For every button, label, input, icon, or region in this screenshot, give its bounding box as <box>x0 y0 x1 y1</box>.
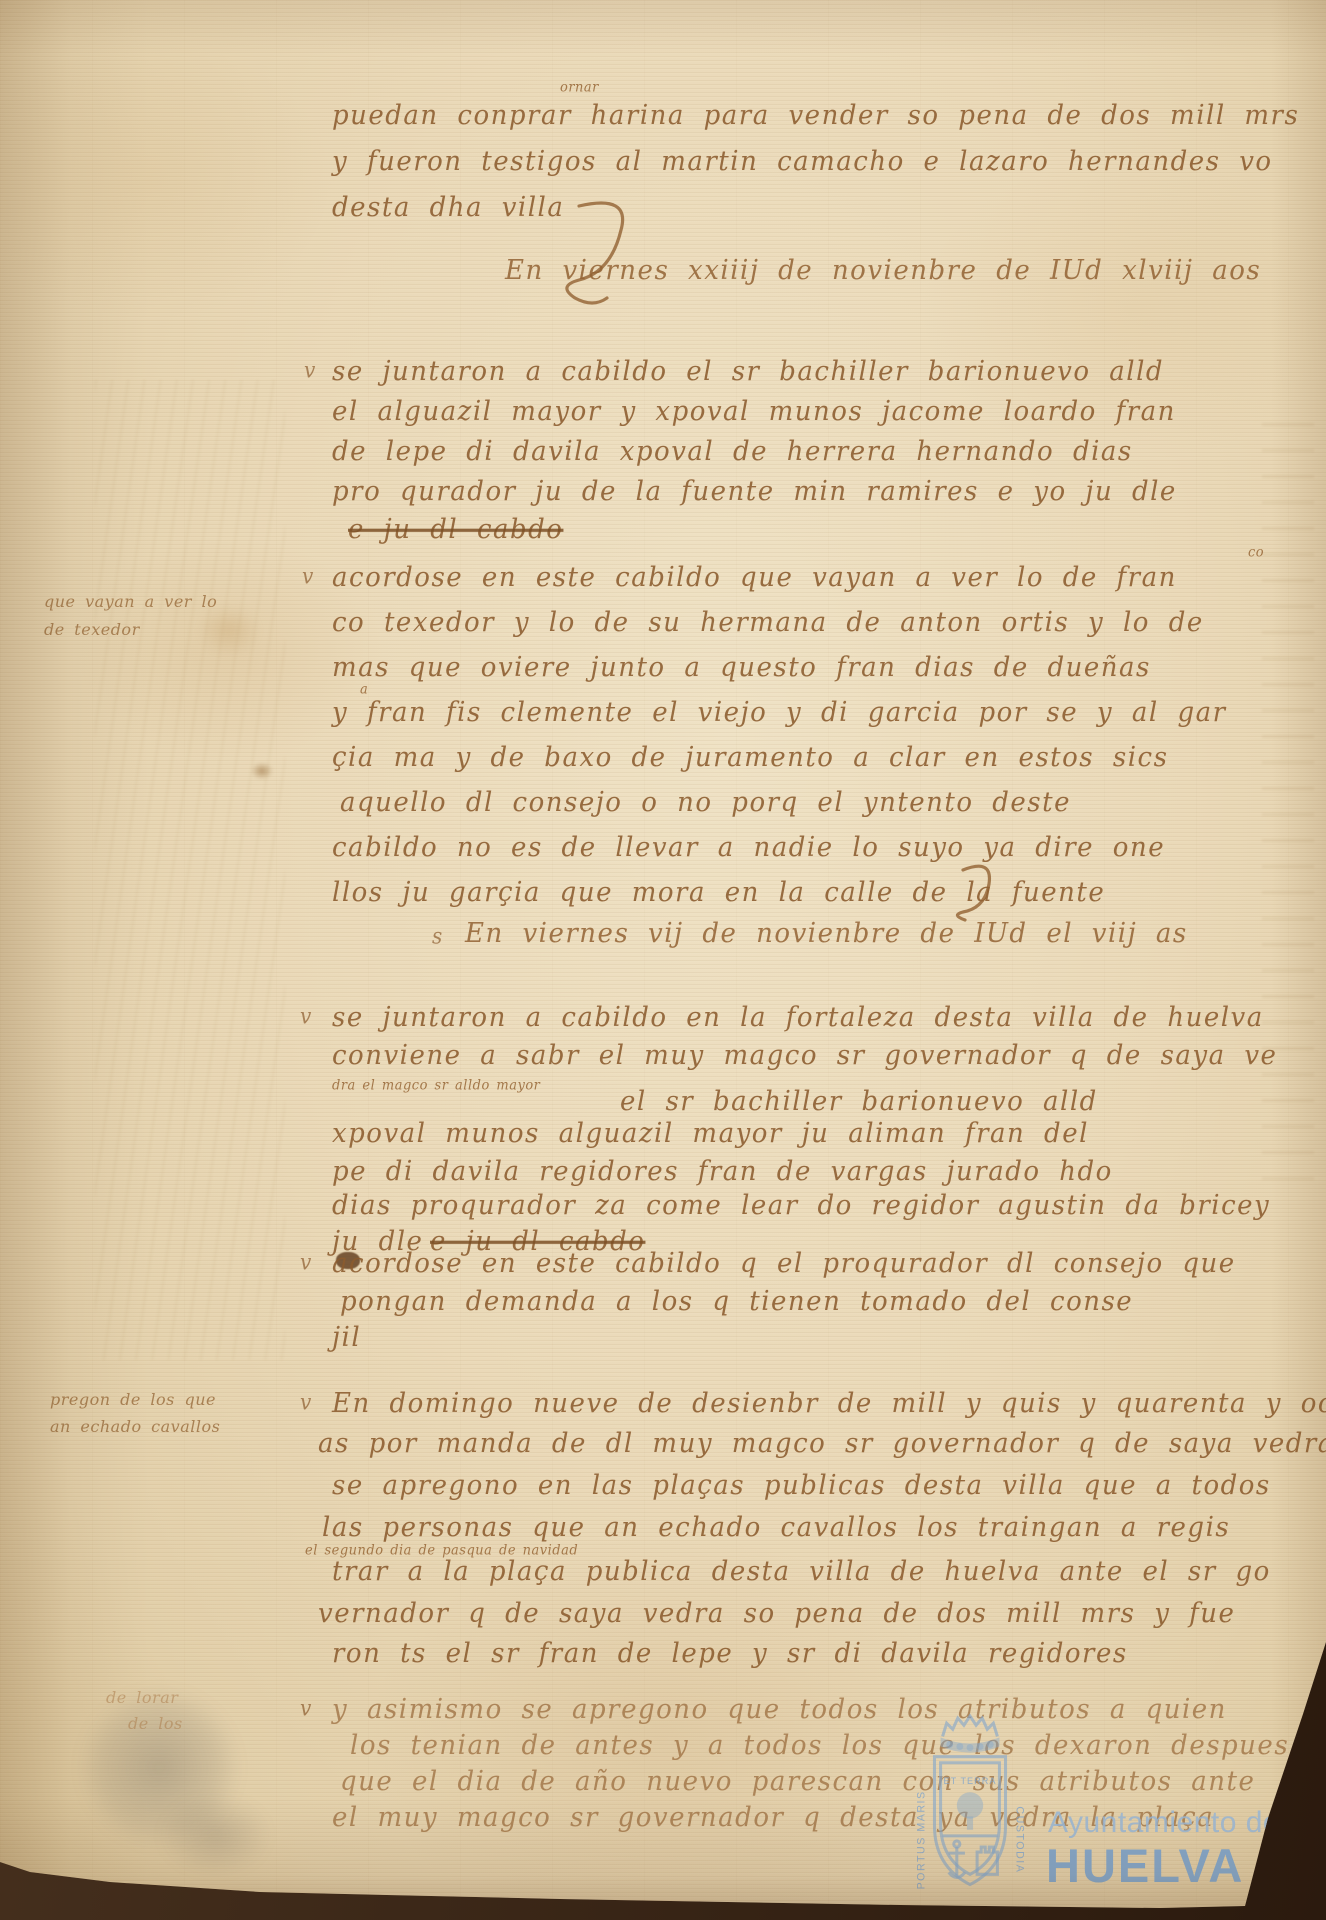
margin-note-line: an echado cavallos <box>50 1417 220 1436</box>
paragraph-mark: v <box>300 1003 311 1029</box>
manuscript-line: ron ts el sr fran de lepe y sr di davila… <box>332 1638 1128 1670</box>
manuscript-line: cabildo no es de llevar a nadie lo suyo … <box>332 832 1165 864</box>
manuscript-line: pe di davila regidores fran de vargas ju… <box>332 1156 1113 1188</box>
superscript: co <box>1248 545 1264 561</box>
manuscript-line: co texedor y lo de su hermana de anton o… <box>332 607 1204 639</box>
manuscript-line: pongan demanda a los q tienen tomado del… <box>340 1286 1133 1318</box>
manuscript-line: se juntaron a cabildo el sr bachiller ba… <box>332 356 1164 388</box>
manuscript-line: vernador q de saya vedra so pena de dos … <box>318 1598 1235 1630</box>
huelva-coat-of-arms-icon: ET TERRA PORTUS MARIS CUSTODIA <box>904 1710 1036 1915</box>
paragraph-mark: v <box>300 1249 311 1275</box>
watermark: ET TERRA PORTUS MARIS CUSTODIA Ayuntamie… <box>898 1700 1326 1920</box>
manuscript-line: acordose en este cabildo q el proqurador… <box>332 1248 1236 1280</box>
manuscript-line: pro qurador ju de la fuente min ramires … <box>332 476 1177 508</box>
struck-text: e ju dl cabdo <box>348 514 563 546</box>
paragraph-mark: v <box>304 357 315 383</box>
session-heading: En viernes vij de novienbre de IUd el vi… <box>465 918 1188 950</box>
manuscript-line: puedan conprar harina para vender so pen… <box>332 100 1299 132</box>
manuscript-line: mas que oviere junto a questo fran dias … <box>332 652 1151 684</box>
manuscript-line: jil <box>332 1322 361 1354</box>
paragraph-mark: v <box>302 563 313 589</box>
manuscript-line: trar a la plaça publica desta villa de h… <box>332 1556 1271 1588</box>
ink-layer: ornar puedan conprar harina para vender … <box>0 0 1326 1920</box>
manuscript-line: y fueron testigos al martin camacho e la… <box>332 146 1273 178</box>
manuscript-line: y fran fis clemente el viejo y di garcia… <box>332 697 1227 729</box>
margin-note-line: que vayan a ver lo <box>44 592 217 611</box>
manuscript-line: se apregono en las plaças publicas desta… <box>332 1470 1271 1502</box>
margin-note-line: de lorar <box>106 1688 178 1707</box>
manuscript-line: En domingo nueve de desienbr de mill y q… <box>332 1388 1326 1420</box>
manuscript-line: conviene a sabr el muy magco sr governad… <box>332 1040 1277 1072</box>
rubric-flourish-icon <box>945 862 1040 922</box>
watermark-city-name: HUELVA <box>1046 1838 1244 1893</box>
manuscript-line: çia ma y de baxo de juramento a clar en … <box>332 742 1168 774</box>
motto-top: ET TERRA <box>944 1776 997 1786</box>
session-heading: En viernes xxiiij de novienbre de IUd xl… <box>505 255 1261 287</box>
motto-right: CUSTODIA <box>1014 1806 1026 1873</box>
watermark-org-name: Ayuntamiento de <box>1048 1806 1280 1840</box>
margin-note-line: pregon de los que <box>50 1390 216 1409</box>
margin-note-line: de los <box>128 1714 183 1733</box>
paragraph-mark: v <box>300 1695 311 1721</box>
margin-note-line: de texedor <box>44 620 140 639</box>
manuscript-line: el alguazil mayor y xpoval munos jacome … <box>332 396 1176 428</box>
manuscript-page: ornar puedan conprar harina para vender … <box>0 0 1326 1920</box>
manuscript-line: desta dha villa <box>332 192 564 224</box>
motto-left: PORTUS MARIS <box>915 1790 927 1889</box>
manuscript-line: se juntaron a cabildo en la fortaleza de… <box>332 1002 1264 1034</box>
heading-mark: s <box>432 923 442 949</box>
manuscript-line: acordose en este cabildo que vayan a ver… <box>332 562 1177 594</box>
paragraph-mark: v <box>300 1389 311 1415</box>
manuscript-line: as por manda de dl muy magco sr governad… <box>318 1428 1326 1460</box>
manuscript-line: de lepe di davila xpoval de herrera hern… <box>332 436 1133 468</box>
manuscript-line: el sr bachiller barionuevo alld <box>620 1086 1098 1118</box>
manuscript-line: xpoval munos alguazil mayor ju aliman fr… <box>332 1118 1089 1150</box>
interline-note: dra el magco sr alldo mayor <box>332 1078 540 1094</box>
manuscript-line: dias proqurador za come lear do regidor … <box>332 1190 1270 1222</box>
interline-note: ornar <box>560 80 599 96</box>
manuscript-line: aquello dl consejo o no porq el yntento … <box>340 787 1071 819</box>
manuscript-line: las personas que an echado cavallos los … <box>322 1512 1230 1544</box>
superscript: a <box>360 682 368 698</box>
manuscript-scan: ornar puedan conprar harina para vender … <box>0 0 1326 1920</box>
